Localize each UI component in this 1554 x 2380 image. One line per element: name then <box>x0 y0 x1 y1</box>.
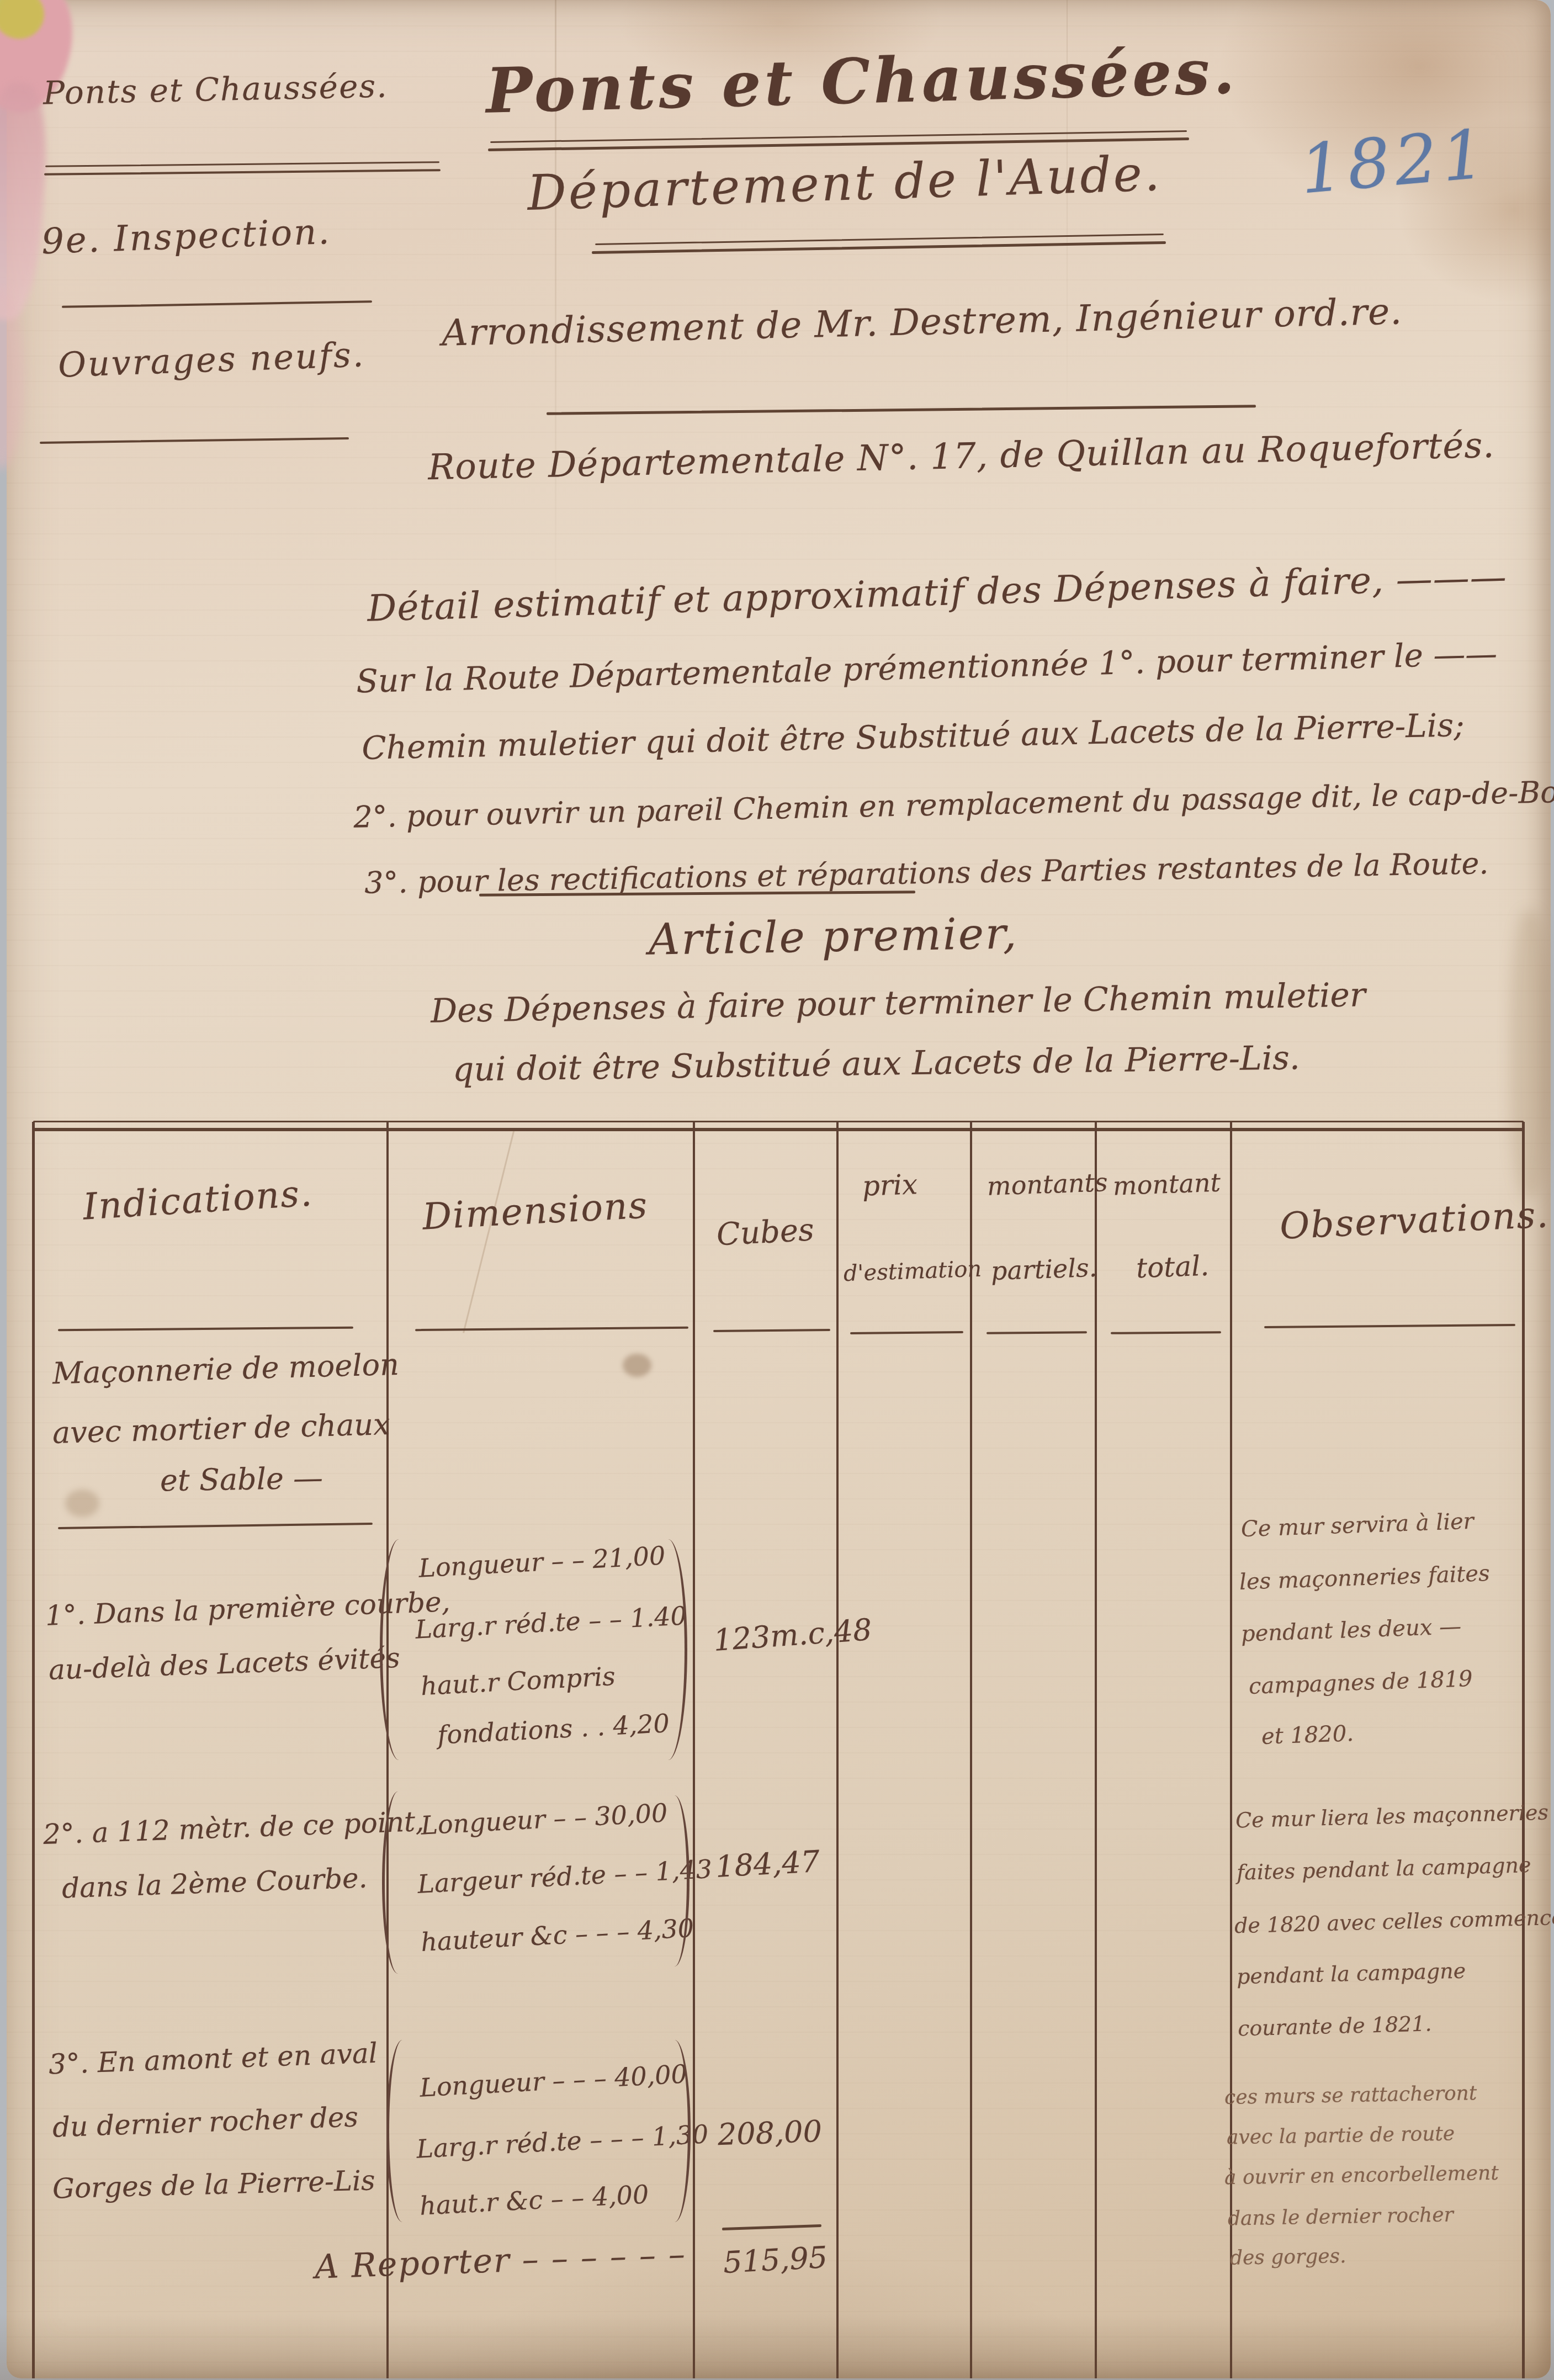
paper-stain <box>65 1490 99 1517</box>
row-observation: et 1820. <box>1261 1721 1354 1750</box>
group-heading-line: et Sable — <box>160 1460 323 1498</box>
page-edge-shadow <box>0 2314 1554 2380</box>
carry-forward-value: 515,95 <box>722 2240 828 2280</box>
year-annotation: 1821 <box>1297 114 1492 209</box>
column-line <box>693 1122 695 2378</box>
col-header-montant-total: montant <box>1112 1168 1221 1201</box>
row-observation: avec la partie de route <box>1227 2122 1455 2149</box>
table-border-top <box>32 1128 1525 1131</box>
column-line <box>836 1122 839 2378</box>
row-observation: ces murs se rattacheront <box>1224 2082 1477 2109</box>
table-border-left <box>32 1122 35 2378</box>
article-heading: Article premier, <box>648 909 1019 965</box>
row-cube-value: 208,00 <box>717 2114 823 2153</box>
row-observation: des gorges. <box>1230 2245 1346 2270</box>
col-header-montants-partiels: partiels. <box>990 1253 1097 1286</box>
row-observation: à ouvrir en encorbellement <box>1224 2162 1499 2190</box>
table-border-right <box>1522 1122 1525 2378</box>
col-header-prix: d'estimation <box>843 1257 982 1287</box>
row-observation: courante de 1821. <box>1237 2011 1431 2040</box>
paper-stain <box>1510 911 1549 1198</box>
manuscript-page: Ponts et Chaussées. 9e. Inspection. Ouvr… <box>0 0 1554 2380</box>
col-header-montant-total: total. <box>1136 1250 1210 1285</box>
column-line <box>386 1122 389 2378</box>
col-header-cubes: Cubes <box>715 1212 815 1253</box>
column-line <box>970 1122 972 2378</box>
dimension-brace-icon <box>382 1791 409 1974</box>
column-line <box>1230 1122 1232 2378</box>
paper-stain <box>623 1354 651 1377</box>
row-observation: dans le dernier rocher <box>1228 2203 1454 2230</box>
column-line <box>1095 1122 1097 2378</box>
margin-service-label: Ponts et Chaussées. <box>43 67 388 112</box>
col-header-montants-partiels: montants <box>987 1167 1108 1201</box>
col-header-prix: prix <box>862 1168 918 1202</box>
row-cube-value: 184,47 <box>714 1844 820 1884</box>
table-border-top <box>33 1121 1524 1122</box>
dimension-brace-icon <box>386 2040 413 2222</box>
